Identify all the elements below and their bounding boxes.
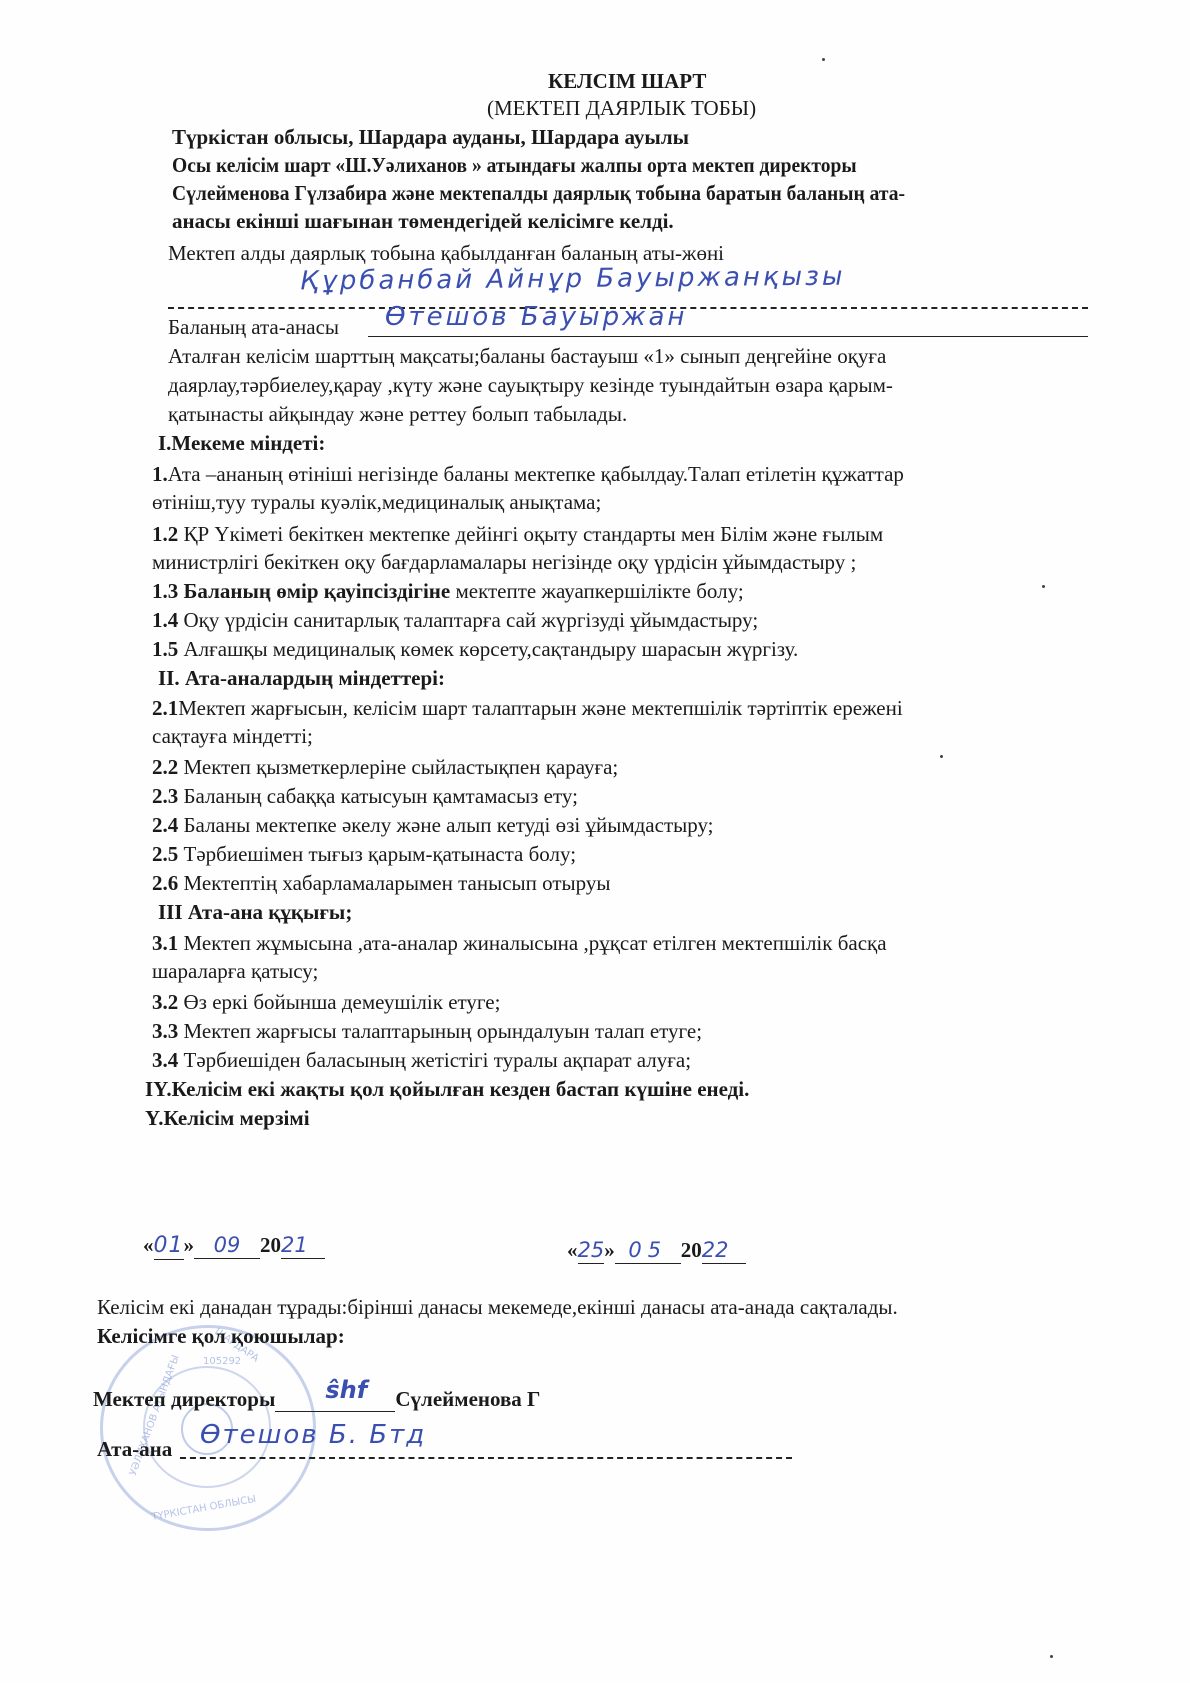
scan-speck [1050, 1655, 1053, 1658]
section-3-item-1: 3.1 Мектеп жұмысына ,ата-аналар жиналысы… [152, 930, 887, 956]
director-signature-row: Мектеп директорыŝhfСүлейменова Г [93, 1386, 540, 1412]
item-number: 3.1 [152, 931, 178, 955]
item-number: 1.2 [152, 522, 178, 546]
section-1-item-1: 1.Ата –ананың өтініші негізінде баланы м… [152, 461, 904, 487]
purpose-line-3: қатынасты айқындау және реттеу болып таб… [168, 401, 627, 427]
item-number: 3.2 [152, 990, 178, 1014]
section-4-heading: IY.Келісім екі жақты қол қойылған кезден… [145, 1076, 749, 1102]
child-name-label: Мектеп алды даярлық тобына қабылданған б… [168, 240, 724, 266]
section-2-item-5: 2.5 Тәрбиешімен тығыз қарым-қатынаста бо… [152, 841, 576, 867]
item-number: 1. [152, 462, 168, 486]
section-3-item-2: 3.2 Өз еркі бойынша демеушілік етуге; [152, 989, 500, 1015]
parent-signature-label: Ата-ана [97, 1436, 172, 1462]
item-number: 3.4 [152, 1048, 178, 1072]
start-year-suffix[interactable]: 21 [281, 1232, 325, 1259]
section-1-item-5: 1.5 Алғашқы медициналық көмек көрсету,са… [152, 636, 798, 662]
parent-label: Баланың ата-анасы [168, 314, 339, 340]
end-month[interactable]: 05 [615, 1237, 681, 1264]
section-1-item-1-cont: өтініш,туу туралы куәлік,медициналық аны… [152, 489, 601, 515]
stamp-text-bottom: ТҮРКІСТАН ОБЛЫСЫ [151, 1494, 257, 1523]
item-number: 1.5 [152, 637, 178, 661]
item-number: 2.1 [152, 696, 178, 720]
section-1-item-2-cont: министрлігі бекіткен оқу бағдарламалары … [152, 549, 856, 575]
section-2-item-1: 2.1Мектеп жарғысын, келісім шарт талапта… [152, 695, 903, 721]
purpose-line-1: Аталған келісім шарттың мақсаты;баланы б… [168, 343, 886, 369]
item-number: 2.4 [152, 813, 178, 837]
scan-speck [822, 58, 825, 61]
section-1-item-2: 1.2 ҚР Үкіметі бекіткен мектепке дейінгі… [152, 521, 883, 547]
item-number: 2.2 [152, 755, 178, 779]
end-day[interactable]: 25 [578, 1237, 605, 1264]
item-number: 2.6 [152, 871, 178, 895]
section-2-item-6: 2.6 Мектептің хабарламаларымен танысып о… [152, 870, 610, 896]
director-name: Сүлейменова Г [395, 1387, 540, 1411]
section-2-item-2: 2.2 Мектеп қызметкерлеріне сыйластықпен … [152, 754, 618, 780]
section-2-heading: II. Ата-аналардың міндеттері: [158, 665, 445, 691]
scan-speck [1042, 585, 1045, 588]
section-1-heading: I.Мекеме міндеті: [158, 430, 325, 456]
header-line-agreement: анасы екінші шағынан төмендегідей келісі… [172, 208, 674, 234]
start-day[interactable]: 01 [154, 1233, 184, 1260]
end-date: «25»052022 [567, 1237, 746, 1264]
child-name-handwritten[interactable]: Құрбанбай Айнұр Бауыржанқызы [300, 262, 846, 297]
header-line-region: Түркістан облысы, Шардара ауданы, Шардар… [172, 124, 689, 150]
section-2-item-1-cont: сақтауға міндетті; [152, 723, 313, 749]
parent-name-handwritten[interactable]: Өтешов Бауыржан [385, 302, 687, 332]
director-signature-line[interactable]: ŝhf [275, 1389, 395, 1412]
document-subtitle: (МЕКТЕП ДАЯРЛЫК ТОБЫ) [487, 95, 756, 121]
signatories-heading: Келісімге қол қоюшылар: [97, 1323, 345, 1349]
end-year-suffix[interactable]: 22 [702, 1237, 746, 1264]
contract-page: КЕЛСІМ ШАРТ (МЕКТЕП ДАЯРЛЫК ТОБЫ) Түркіс… [0, 0, 1190, 1683]
section-2-item-4: 2.4 Баланы мектепке әкелу және алып кету… [152, 812, 714, 838]
item-number: 3.3 [152, 1019, 178, 1043]
header-line-school: Осы келісім шарт «Ш.Уәлиханов » атындағы… [172, 152, 857, 178]
document-title: КЕЛСІМ ШАРТ [548, 68, 706, 94]
section-2-item-3: 2.3 Баланың сабаққа катысуын қамтамасыз … [152, 783, 578, 809]
stamp-text-id: 105292 [203, 1356, 241, 1367]
purpose-line-2: даярлау,тәрбиелеу,қарау ,күту және сауық… [168, 372, 893, 398]
start-date: «01»092021 [143, 1232, 325, 1260]
item-number: 2.5 [152, 842, 178, 866]
section-1-item-4: 1.4 Оқу үрдісін санитарлық талаптарға са… [152, 607, 758, 633]
start-month[interactable]: 09 [194, 1232, 260, 1259]
item-number: 1.4 [152, 608, 178, 632]
copies-note: Келісім екі данадан тұрады:бірінші данас… [97, 1294, 898, 1320]
section-3-item-3: 3.3 Мектеп жарғысы талаптарының орындалу… [152, 1018, 702, 1044]
item-number: 2.3 [152, 784, 178, 808]
section-3-heading: III Ата-ана құқығы; [158, 899, 352, 925]
parent-signature: Өтешов Б. Бтд [200, 1420, 426, 1450]
scan-speck [940, 755, 943, 758]
director-label: Мектеп директоры [93, 1387, 275, 1411]
parent-signature-line[interactable] [180, 1457, 792, 1459]
parent-underline [368, 336, 1088, 337]
header-line-director: Сүлейменова Гүлзабира және мектепалды да… [172, 180, 905, 206]
section-5-heading: Y.Келісім мерзімі [145, 1105, 310, 1131]
section-3-item-4: 3.4 Тәрбиешіден баласының жетістігі тура… [152, 1047, 691, 1073]
section-3-item-1-cont: шараларға қатысу; [152, 958, 318, 984]
section-1-item-3: 1.3 Баланың өмір қауіпсіздігіне мектепте… [152, 578, 744, 604]
item-number: 1.3 [152, 579, 178, 603]
director-signature: ŝhf [325, 1377, 367, 1403]
